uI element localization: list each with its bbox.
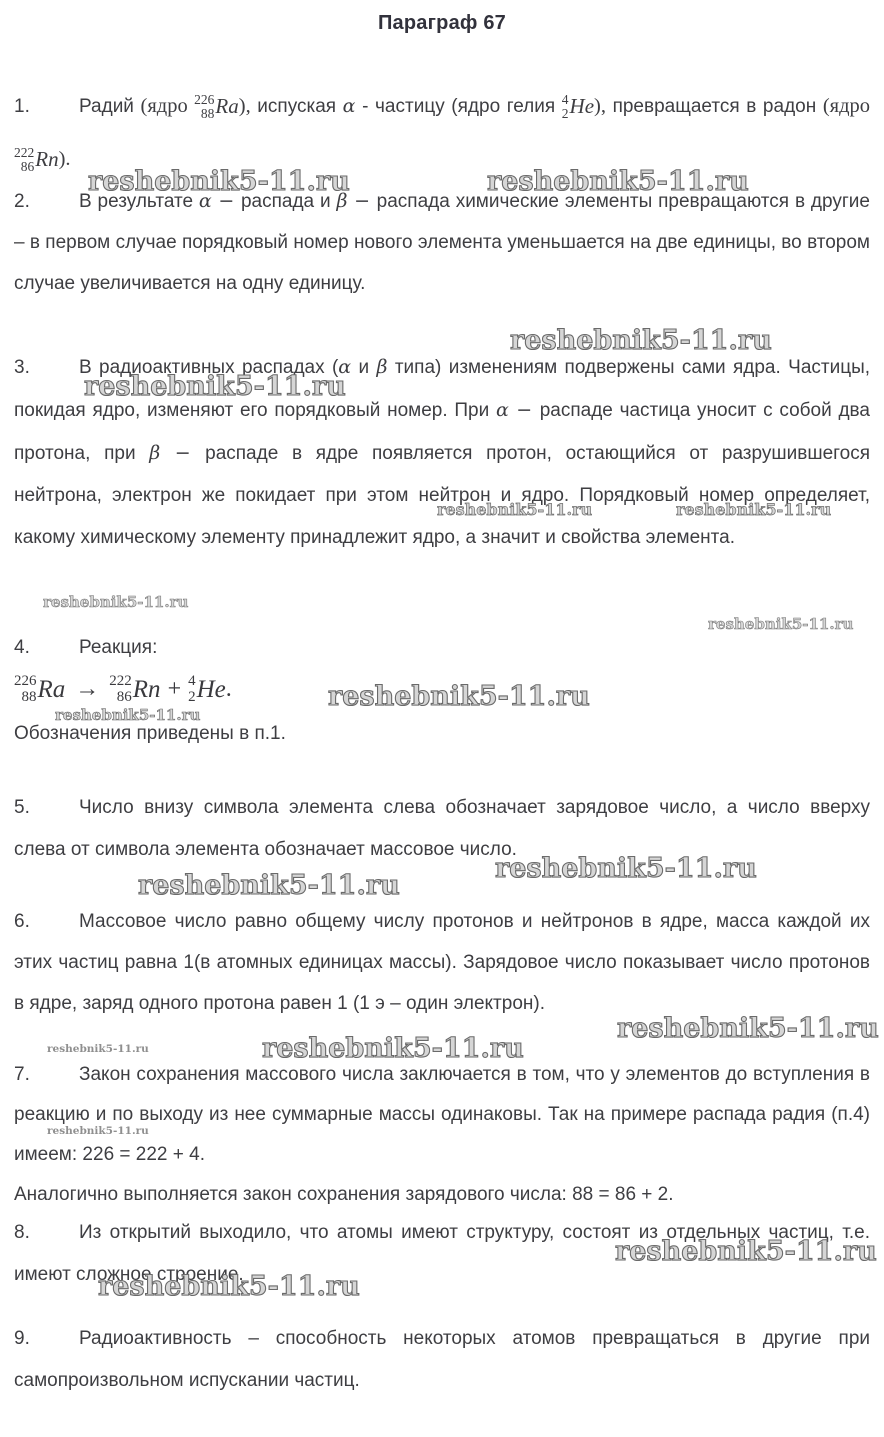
watermark: reshebnik5-11.ru bbox=[615, 1236, 877, 1267]
minus-sign: − bbox=[509, 399, 540, 421]
nuclide-he-4: 42He bbox=[188, 673, 226, 705]
element-symbol: Rn bbox=[34, 149, 58, 170]
item-4-label: Реакция: bbox=[79, 637, 157, 658]
paragraph-number: 6. bbox=[14, 901, 79, 942]
charge-number: 88 bbox=[22, 689, 37, 705]
charge-number: 86 bbox=[117, 689, 132, 705]
watermark: reshebnik5-11.ru bbox=[138, 870, 400, 901]
paragraph-number: 2. bbox=[14, 181, 79, 222]
watermark: reshebnik5-11.ru bbox=[43, 593, 188, 611]
watermark: reshebnik5-11.ru bbox=[47, 1125, 149, 1137]
arrow-icon: → bbox=[75, 676, 99, 703]
formula-close: ), bbox=[594, 95, 606, 117]
watermark: reshebnik5-11.ru bbox=[328, 681, 590, 712]
item-1-text: испуская bbox=[251, 96, 343, 117]
item-6: 6.Массовое число равно общему числу прот… bbox=[14, 901, 870, 1024]
formula-period: . bbox=[226, 676, 232, 703]
watermark: reshebnik5-11.ru bbox=[88, 166, 350, 197]
element-symbol: Rn bbox=[132, 677, 161, 702]
watermark: reshebnik5-11.ru bbox=[676, 500, 831, 519]
item-1-text: - частицу (ядро гелия bbox=[356, 96, 562, 117]
item-1-text: Радий bbox=[79, 96, 141, 117]
charge-number: 86 bbox=[21, 160, 35, 174]
page-title: Параграф 67 bbox=[0, 12, 884, 35]
minus-sign: − bbox=[160, 442, 205, 464]
watermark: reshebnik5-11.ru bbox=[487, 166, 749, 197]
item-7-text: Закон сохранения массового числа заключа… bbox=[14, 1064, 870, 1165]
item-3-text: и bbox=[351, 357, 376, 378]
nuclide-ra-226: 22688Ra bbox=[194, 93, 239, 121]
element-symbol: He bbox=[196, 677, 226, 702]
nuclide-rn-222: 22286Rn bbox=[14, 146, 59, 174]
paragraph-number: 1. bbox=[14, 81, 79, 133]
item-9: 9.Радиоактивность – способность некоторы… bbox=[14, 1318, 870, 1402]
mass-number: 226 bbox=[194, 93, 214, 107]
charge-number: 2 bbox=[188, 689, 196, 705]
paragraph-number: 8. bbox=[14, 1212, 79, 1254]
mass-number: 222 bbox=[109, 673, 132, 689]
item-2: 2.В результате α − распада и β − распада… bbox=[14, 181, 870, 304]
paragraph-number: 9. bbox=[14, 1318, 79, 1360]
watermark: reshebnik5-11.ru bbox=[55, 706, 200, 724]
item-7-text2: Аналогично выполняется закон сохранения … bbox=[14, 1184, 674, 1205]
mass-number: 4 bbox=[562, 93, 569, 107]
item-7-continued: Аналогично выполняется закон сохранения … bbox=[14, 1175, 870, 1215]
formula-open: (ядро bbox=[141, 95, 195, 117]
item-1-text: превращается в радон bbox=[606, 96, 823, 117]
watermark: reshebnik5-11.ru bbox=[708, 615, 853, 633]
watermark: reshebnik5-11.ru bbox=[84, 371, 346, 402]
item-7: 7.Закон сохранения массового числа заклю… bbox=[14, 1055, 870, 1175]
item-9-text: Радиоактивность – способность некоторых … bbox=[14, 1328, 870, 1391]
nuclide-rn-222: 22286Rn bbox=[109, 673, 160, 705]
item-6-text: Массовое число равно общему числу протон… bbox=[14, 911, 870, 1014]
nuclide-he-4: 42He bbox=[562, 93, 594, 121]
formula-close: ), bbox=[239, 95, 251, 117]
element-symbol: Ra bbox=[37, 677, 66, 702]
minus-sign: − bbox=[347, 190, 376, 212]
beta-symbol: β bbox=[377, 356, 388, 378]
formula-close: ). bbox=[59, 148, 71, 170]
watermark: reshebnik5-11.ru bbox=[98, 1271, 360, 1302]
alpha-symbol: α bbox=[343, 95, 356, 117]
element-symbol: Ra bbox=[214, 96, 238, 117]
beta-symbol: β bbox=[149, 442, 160, 464]
mass-number: 222 bbox=[14, 146, 34, 160]
watermark: reshebnik5-11.ru bbox=[47, 1043, 149, 1055]
watermark: reshebnik5-11.ru bbox=[495, 853, 757, 884]
mass-number: 4 bbox=[188, 673, 196, 689]
watermark: reshebnik5-11.ru bbox=[617, 1013, 879, 1044]
watermark: reshebnik5-11.ru bbox=[437, 500, 592, 519]
paragraph-number: 7. bbox=[14, 1055, 79, 1095]
charge-number: 88 bbox=[201, 107, 215, 121]
watermark: reshebnik5-11.ru bbox=[262, 1033, 524, 1064]
alpha-symbol: α bbox=[496, 399, 509, 421]
item-4-note-text: Обозначения приведены в п.1. bbox=[14, 723, 286, 744]
paragraph-number: 5. bbox=[14, 787, 79, 829]
nuclide-ra-226: 22688Ra bbox=[14, 673, 65, 705]
mass-number: 226 bbox=[14, 673, 37, 689]
item-5-text: Число внизу символа элемента слева обозн… bbox=[14, 797, 870, 860]
formula-open: (ядро bbox=[823, 95, 870, 117]
plus-sign: + bbox=[168, 676, 182, 703]
charge-number: 2 bbox=[562, 107, 569, 121]
watermark: reshebnik5-11.ru bbox=[510, 325, 772, 356]
paragraph-number: 3. bbox=[14, 347, 79, 389]
element-symbol: He bbox=[569, 96, 595, 117]
